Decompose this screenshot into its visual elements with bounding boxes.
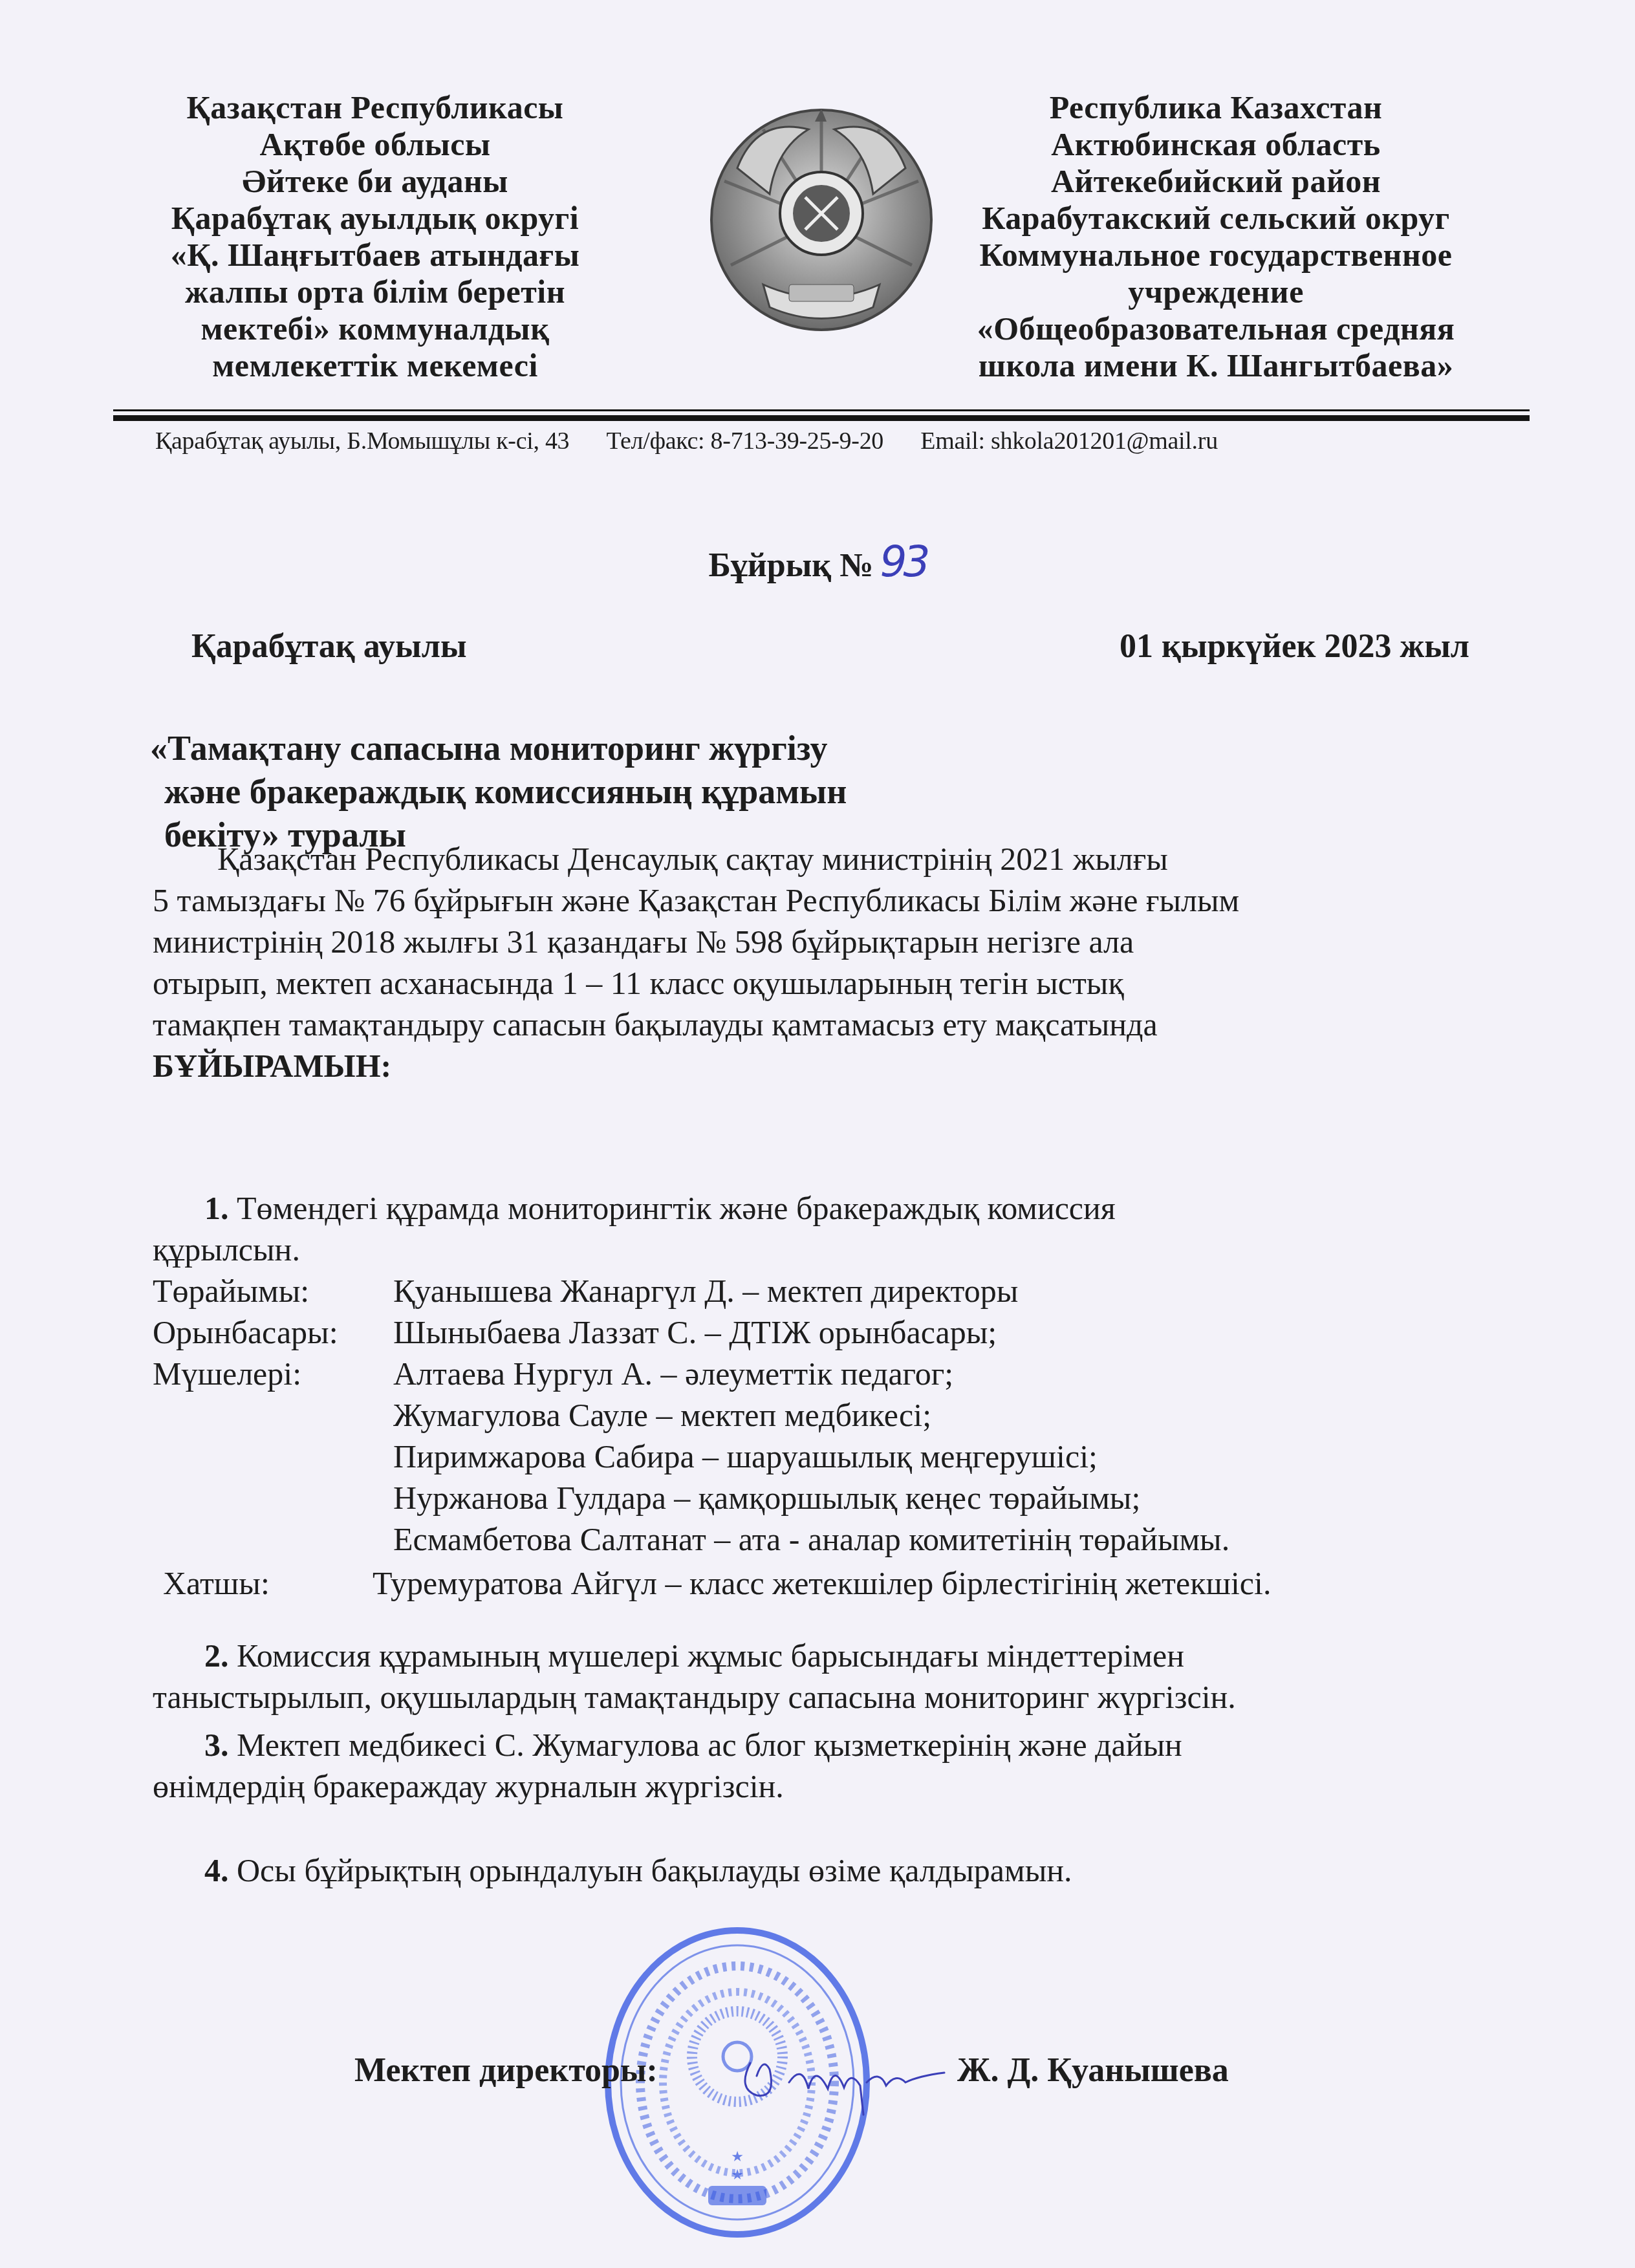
item-number: 2. [204,1637,229,1674]
composition-role: Хатшы: [163,1564,270,1603]
letterhead-kazakh: Қазақстан Республикасы Ақтөбе облысы Әйт… [129,89,621,384]
composition-member: Алтаева Нургул А. – әлеуметтік педагог; [393,1354,953,1393]
header-line: Қарабұтақ ауылдық округі [129,200,621,237]
header-line: школа имени К. Шангытбаева» [970,347,1462,384]
svg-text:★: ★ [731,2166,744,2183]
composition-member: Пиримжарова Сабира – шаруашылық меңгеруш… [393,1437,1098,1476]
composition-role: Орынбасары: [153,1313,338,1352]
order-item-1: 1. Төмендегі құрамда мониторингтік және … [153,1187,1524,1270]
composition-role: Төрайымы: [153,1271,309,1310]
preamble-line: Қазақстан Республикасы Денсаулық сақтау … [153,838,1524,880]
letterhead-russian: Республика Казахстан Актюбинская область… [970,89,1462,384]
item-text: құрылсын. [153,1229,1524,1270]
preamble-line: 5 тамыздағы № 76 бұйрығын және Қазақстан… [153,880,1524,921]
header-line: Коммунальное государственное [970,237,1462,274]
order-item-3: 3. Мектеп медбикесі С. Жумагулова ас бло… [153,1724,1524,1807]
composition-member: Жумагулова Сауле – мектеп медбикесі; [393,1396,931,1434]
order-title: Бұйрық №93 [0,537,1635,587]
header-divider-thin [113,409,1530,411]
email: Email: shkola201201@mail.ru [920,427,1218,455]
item-text: өнімдердің бракераждау журналын жүргізсі… [153,1766,1524,1807]
item-number: 3. [204,1727,229,1763]
header-line: учреждение [970,274,1462,310]
order-subject: «Тамақтану сапасына мониторинг жүргізу ж… [150,727,847,857]
composition-member: Нуржанова Гулдара – қамқоршылық кеңес тө… [393,1478,1140,1517]
director-name: Ж. Д. Қуанышева [957,2051,1229,2090]
phone: Тел/факс: 8-713-39-25-9-20 [607,427,884,455]
order-place: Қарабұтақ ауылы [191,627,467,665]
item-text: Мектеп медбикесі С. Жумагулова ас блог қ… [237,1727,1182,1763]
item-text: Комиссия құрамының мүшелері жұмыс барысы… [237,1637,1184,1674]
order-date: 01 қыркүйек 2023 жыл [1120,627,1469,665]
preamble-line: министрінің 2018 жылғы 31 қазандағы № 59… [153,921,1524,962]
item-text: таныстырылып, оқушылардың тамақтандыру с… [153,1676,1524,1718]
preamble: Қазақстан Республикасы Денсаулық сақтау … [153,838,1524,1086]
order-number-handwritten: 93 [880,537,927,587]
header-line: мемлекеттік мекемесі [129,347,621,384]
header-divider-thick [113,415,1530,421]
order-word: БҰЙЫРАМЫН: [153,1045,1524,1086]
header-line: Ақтөбе облысы [129,126,621,163]
header-line: мектебі» коммуналдық [129,310,621,347]
header-line: Республика Казахстан [970,89,1462,126]
header-line: «Общеобразовательная средняя [970,310,1462,347]
preamble-line: отырып, мектеп асханасында 1 – 11 класс … [153,962,1524,1004]
item-number: 1. [204,1190,229,1226]
item-text: Осы бұйрықтың орындалуын бақылауды өзіме… [237,1852,1072,1888]
header-line: Айтекебийский район [970,163,1462,200]
order-title-label: Бұйрық № [708,547,873,584]
header-line: Актюбинская область [970,126,1462,163]
order-item-4: 4. Осы бұйрықтың орындалуын бақылауды өз… [153,1850,1524,1891]
composition-member: Туремуратова Айгүл – класс жетекшілер бі… [373,1564,1271,1603]
order-item-2: 2. Комиссия құрамының мүшелері жұмыс бар… [153,1635,1524,1718]
header-line: «Қ. Шаңғытбаев атындағы [129,237,621,274]
composition-role: Мүшелері: [153,1354,301,1393]
state-emblem-icon [686,91,957,349]
subject-line: және бракераждық комиссияның құрамын [150,770,847,814]
composition-member: Есмамбетова Салтанат – ата - аналар коми… [393,1520,1229,1559]
subject-line: «Тамақтану сапасына мониторинг жүргізу [150,727,847,770]
preamble-line: тамақпен тамақтандыру сапасын бақылауды … [153,1004,1524,1045]
contact-line: Қарабұтақ ауылы, Б.Момышұлы к-сі, 43 Тел… [155,427,1533,455]
handwritten-signature-icon [731,2037,964,2121]
header-line: Қазақстан Республикасы [129,89,621,126]
item-number: 4. [204,1852,229,1888]
header-line: Әйтеке би ауданы [129,163,621,200]
header-line: Карабутакский сельский округ [970,200,1462,237]
item-text: Төмендегі құрамда мониторингтік және бра… [237,1190,1116,1226]
signature-label: Мектеп директоры: [354,2051,658,2090]
composition-member: Қуанышева Жанаргүл Д. – мектеп директоры [393,1271,1018,1310]
composition-member: Шыныбаева Лаззат С. – ДТІЖ орынбасары; [393,1313,997,1352]
svg-text:★: ★ [731,2148,744,2165]
header-line: жалпы орта білім беретін [129,274,621,310]
address: Қарабұтақ ауылы, Б.Момышұлы к-сі, 43 [155,427,569,455]
